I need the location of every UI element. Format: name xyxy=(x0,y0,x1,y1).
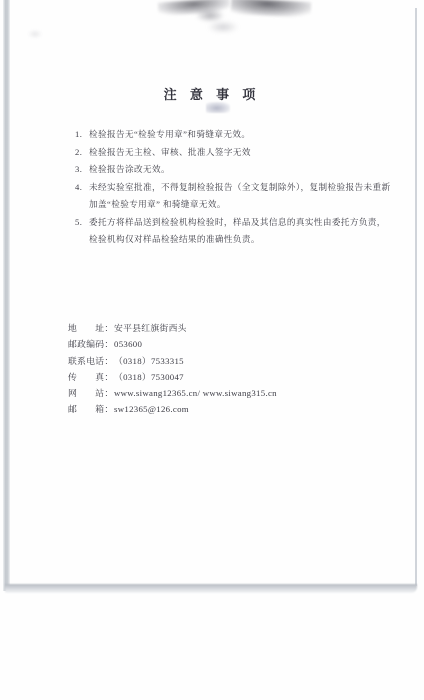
faded-stamp-mark xyxy=(206,102,230,113)
note-text: 未经实验室批准，不得复制检验报告（全文复制除外），复制检验报告未重新 xyxy=(89,179,391,197)
contact-value: 安平县红旗街西头 xyxy=(114,320,388,336)
scanned-notice-page: 注 意 事 项 1. 检验报告无“检验专用章”和骑缝章无效。 2. 检验报告无主… xyxy=(0,0,424,700)
note-item-4: 4. 未经实验室批准，不得复制检验报告（全文复制除外），复制检验报告未重新 加盖… xyxy=(75,179,375,214)
note-number: 4. xyxy=(75,179,89,197)
note-number: 5. xyxy=(75,214,89,232)
note-text: 加盖“检验专用章” 和骑缝章无效。 xyxy=(89,196,391,214)
scan-edge-left xyxy=(3,0,10,591)
note-text: 委托方将样品送到检验机构检验时，样品及其信息的真实性由委托方负责， xyxy=(89,214,386,232)
note-text: 检验机构仅对样品检验结果的准确性负责。 xyxy=(89,231,386,249)
note-item-1: 1. 检验报告无“检验专用章”和骑缝章无效。 xyxy=(75,126,375,144)
note-number: 1. xyxy=(75,126,89,144)
contact-label: 传 真： xyxy=(68,369,114,385)
note-item-5: 5. 委托方将样品送到检验机构检验时，样品及其信息的真实性由委托方负责， 检验机… xyxy=(75,214,375,249)
contact-value: （0318）7533315 xyxy=(114,353,388,369)
contact-row-email: 邮 箱： sw12365@126.com xyxy=(68,401,388,417)
contact-value: www.siwang12365.cn/ www.siwang315.cn xyxy=(114,385,388,401)
contact-label: 地 址： xyxy=(68,320,114,336)
contact-label: 邮 箱： xyxy=(68,401,114,417)
note-item-3: 3. 检验报告涂改无效。 xyxy=(75,161,375,179)
ink-smudge-artifact xyxy=(196,9,224,22)
note-text: 检验报告涂改无效。 xyxy=(89,161,375,179)
contact-value: sw12365@126.com xyxy=(114,401,388,417)
ink-smudge-artifact xyxy=(28,30,42,38)
note-number: 2. xyxy=(75,144,89,162)
ink-smudge-artifact xyxy=(158,0,231,16)
page-title: 注 意 事 项 xyxy=(0,84,424,103)
note-item-2: 2. 检验报告无主检、审核、批准人签字无效 xyxy=(75,144,375,162)
ink-smudge-artifact xyxy=(208,21,238,33)
note-number: 3. xyxy=(75,161,89,179)
contact-label: 联系电话： xyxy=(68,353,114,369)
scan-edge-bottom xyxy=(5,584,417,593)
note-text: 检验报告无主检、审核、批准人签字无效 xyxy=(89,144,375,162)
contact-value: （0318）7530047 xyxy=(114,369,388,385)
contact-row-website: 网 站： www.siwang12365.cn/ www.siwang315.c… xyxy=(68,385,388,401)
contact-row-phone: 联系电话： （0318）7533315 xyxy=(68,353,388,369)
contact-label: 邮政编码： xyxy=(68,336,114,352)
contact-label: 网 站： xyxy=(68,385,114,401)
notes-list: 1. 检验报告无“检验专用章”和骑缝章无效。 2. 检验报告无主检、审核、批准人… xyxy=(75,126,375,249)
contact-block: 地 址： 安平县红旗街西头 邮政编码： 053600 联系电话： （0318）7… xyxy=(68,320,388,418)
ink-smudge-artifact xyxy=(231,0,312,18)
contact-row-postcode: 邮政编码： 053600 xyxy=(68,336,388,352)
contact-row-fax: 传 真： （0318）7530047 xyxy=(68,369,388,385)
scan-edge-right xyxy=(415,8,417,586)
contact-row-address: 地 址： 安平县红旗街西头 xyxy=(68,320,388,336)
note-text: 检验报告无“检验专用章”和骑缝章无效。 xyxy=(89,126,375,144)
contact-value: 053600 xyxy=(114,336,388,352)
